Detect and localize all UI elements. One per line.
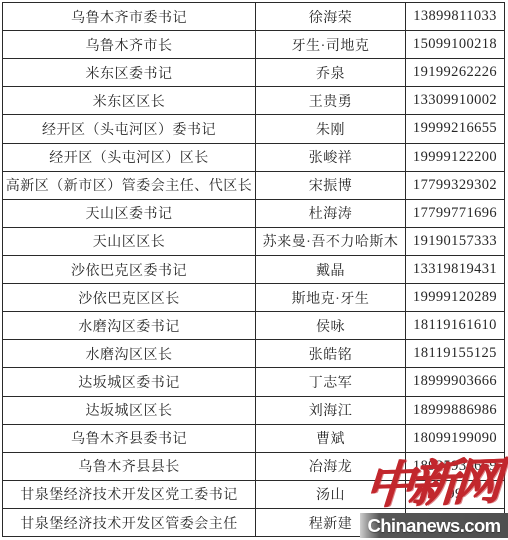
phone-cell: 17799329302 — [406, 172, 504, 199]
name-cell: 张皓铭 — [256, 340, 406, 367]
phone-cell: 13309910002 — [406, 87, 504, 114]
phone-cell: 15099100218 — [406, 31, 504, 58]
title-cell: 甘泉堡经济技术开发区党工委书记 — [3, 481, 256, 508]
name-cell: 侯咏 — [256, 312, 406, 339]
name-cell: 牙生·司地克 — [256, 31, 406, 58]
contact-table: 乌鲁木齐市委书记徐海荣13899811033乌鲁木齐市长牙生·司地克150991… — [2, 2, 505, 537]
name-cell: 宋振博 — [256, 172, 406, 199]
title-cell: 乌鲁木齐县县长 — [3, 453, 256, 480]
table-row: 乌鲁木齐县县长冶海龙18935936669 — [3, 453, 504, 481]
phone-cell: 19999122200 — [406, 144, 504, 171]
phone-cell: 19199262226 — [406, 59, 504, 86]
name-cell: 曹斌 — [256, 425, 406, 452]
title-cell: 沙依巴克区委书记 — [3, 256, 256, 283]
title-cell: 天山区委书记 — [3, 200, 256, 227]
table-row: 沙依巴克区区长斯地克·牙生19999120289 — [3, 284, 504, 312]
title-cell: 米东区委书记 — [3, 59, 256, 86]
title-cell: 乌鲁木齐市长 — [3, 31, 256, 58]
phone-cell: 18999886986 — [406, 397, 504, 424]
title-cell: 经开区（头屯河区）区长 — [3, 144, 256, 171]
title-cell: 天山区区长 — [3, 228, 256, 255]
title-cell: 达坂城区区长 — [3, 397, 256, 424]
name-cell: 斯地克·牙生 — [256, 284, 406, 311]
chinanews-banner: Chinanews.com — [360, 513, 508, 538]
table-row: 天山区委书记杜海涛17799771696 — [3, 200, 504, 228]
table-row: 高新区（新市区）管委会主任、代区长宋振博17799329302 — [3, 172, 504, 200]
title-cell: 经开区（头屯河区）委书记 — [3, 115, 256, 142]
phone-cell: 99 — [406, 481, 504, 508]
name-cell: 戴晶 — [256, 256, 406, 283]
title-cell: 达坂城区委书记 — [3, 368, 256, 395]
table-row: 沙依巴克区委书记戴晶13319819431 — [3, 256, 504, 284]
phone-cell: 19999216655 — [406, 115, 504, 142]
phone-cell: 13899811033 — [406, 3, 504, 30]
title-cell: 水磨沟区区长 — [3, 340, 256, 367]
title-cell: 乌鲁木齐市委书记 — [3, 3, 256, 30]
document-page: 乌鲁木齐市委书记徐海荣13899811033乌鲁木齐市长牙生·司地克150991… — [0, 0, 508, 540]
title-cell: 高新区（新市区）管委会主任、代区长 — [3, 172, 256, 199]
name-cell: 张峻祥 — [256, 144, 406, 171]
name-cell: 刘海江 — [256, 397, 406, 424]
table-row: 水磨沟区委书记侯咏18119161610 — [3, 312, 504, 340]
phone-cell: 17799771696 — [406, 200, 504, 227]
table-row: 经开区（头屯河区）委书记朱刚19999216655 — [3, 115, 504, 143]
phone-cell: 19999120289 — [406, 284, 504, 311]
phone-cell: 18119155125 — [406, 340, 504, 367]
table-row: 达坂城区区长刘海江18999886986 — [3, 397, 504, 425]
name-cell: 冶海龙 — [256, 453, 406, 480]
title-cell: 沙依巴克区区长 — [3, 284, 256, 311]
name-cell: 徐海荣 — [256, 3, 406, 30]
table-row: 米东区区长王贵勇13309910002 — [3, 87, 504, 115]
table-row: 乌鲁木齐市委书记徐海荣13899811033 — [3, 3, 504, 31]
table-row: 甘泉堡经济技术开发区党工委书记汤山99 — [3, 481, 504, 509]
name-cell: 丁志军 — [256, 368, 406, 395]
table-row: 经开区（头屯河区）区长张峻祥19999122200 — [3, 144, 504, 172]
name-cell: 杜海涛 — [256, 200, 406, 227]
table-row: 水磨沟区区长张皓铭18119155125 — [3, 340, 504, 368]
name-cell: 苏来曼·吾不力哈斯木 — [256, 228, 406, 255]
table-row: 乌鲁木齐市长牙生·司地克15099100218 — [3, 31, 504, 59]
phone-cell: 18099199090 — [406, 425, 504, 452]
name-cell: 朱刚 — [256, 115, 406, 142]
title-cell: 米东区区长 — [3, 87, 256, 114]
name-cell: 王贵勇 — [256, 87, 406, 114]
table-row: 米东区委书记乔泉19199262226 — [3, 59, 504, 87]
name-cell: 汤山 — [256, 481, 406, 508]
phone-cell: 18999903666 — [406, 368, 504, 395]
title-cell: 甘泉堡经济技术开发区管委会主任 — [3, 509, 256, 536]
table-row: 达坂城区委书记丁志军18999903666 — [3, 368, 504, 396]
phone-cell: 18119161610 — [406, 312, 504, 339]
name-cell: 乔泉 — [256, 59, 406, 86]
table-row: 乌鲁木齐县委书记曹斌18099199090 — [3, 425, 504, 453]
phone-cell: 19190157333 — [406, 228, 504, 255]
phone-cell: 18935936669 — [406, 453, 504, 480]
phone-cell: 13319819431 — [406, 256, 504, 283]
title-cell: 乌鲁木齐县委书记 — [3, 425, 256, 452]
table-row: 天山区区长苏来曼·吾不力哈斯木19190157333 — [3, 228, 504, 256]
title-cell: 水磨沟区委书记 — [3, 312, 256, 339]
